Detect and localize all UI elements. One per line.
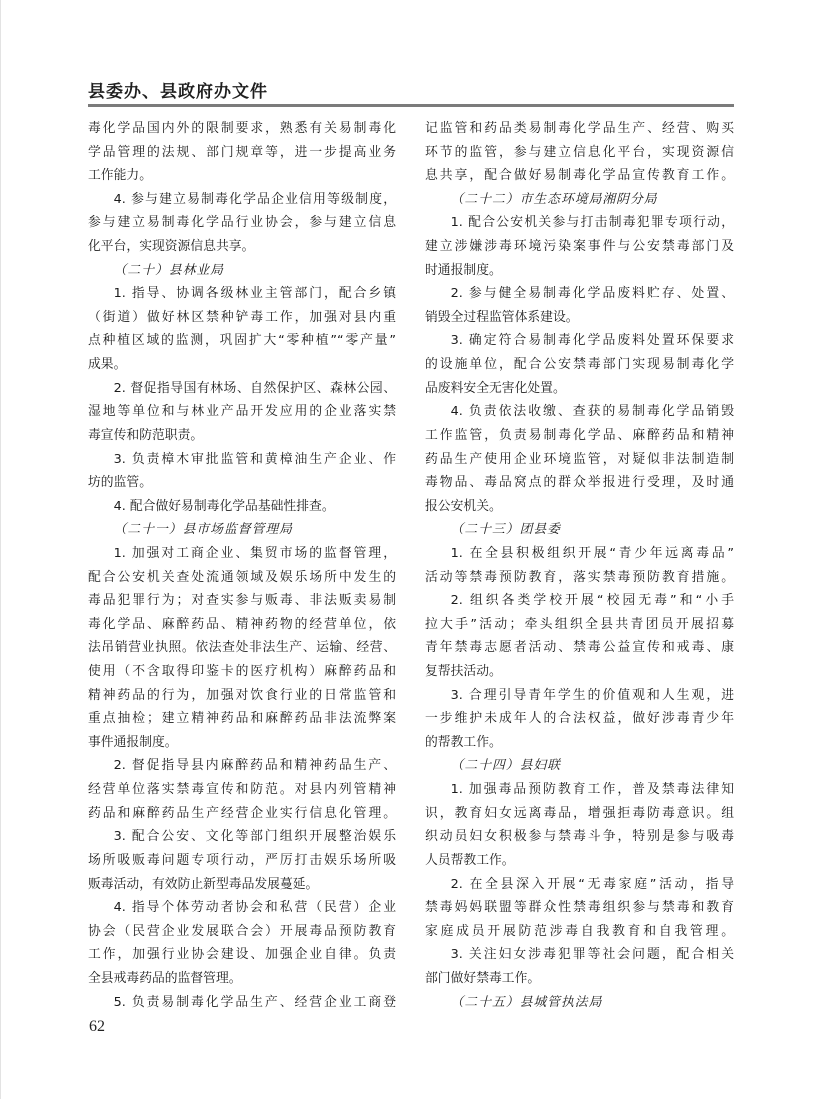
text-line: 2. 在全县深入开展“无毒家庭”活动，指导 bbox=[425, 873, 734, 897]
text-column-right: 记监管和药品类易制毒化学品生产、经营、购买环节的监管，参与建立信息化平台，实现资… bbox=[425, 117, 734, 1014]
text-line: 4. 负责依法收缴、查获的易制毒化学品销毁 bbox=[425, 400, 734, 424]
text-line: 1. 配合公安机关参与打击制毒犯罪专项行动， bbox=[425, 211, 734, 235]
text-line: 药品生产使用企业环境监管，对疑似非法制造制 bbox=[425, 448, 734, 472]
text-line: 报公安机关。 bbox=[425, 495, 734, 519]
text-line: 工作，加强行业协会建设、加强企业自律。负责 bbox=[88, 943, 396, 967]
text-line: 5. 负责易制毒化学品生产、经营企业工商登 bbox=[88, 991, 396, 1015]
text-line: 人员帮教工作。 bbox=[425, 849, 734, 873]
text-line: 贩毒活动，有效防止新型毒品发展蔓延。 bbox=[88, 873, 396, 897]
section-heading-line: （二十三）团县委 bbox=[425, 518, 734, 542]
text-line: 法吊销营业执照。依法查处非法生产、运输、经营、 bbox=[88, 636, 396, 660]
text-line: 3. 关注妇女涉毒犯罪等社会问题，配合相关 bbox=[425, 943, 734, 967]
text-column-left: 毒化学品国内外的限制要求，熟悉有关易制毒化学品管理的法规、部门规章等，进一步提高… bbox=[88, 117, 396, 1014]
text-line: 使用（不含取得印鉴卡的医疗机构）麻醉药品和 bbox=[88, 660, 396, 684]
section-heading-line: （二十四）县妇联 bbox=[425, 754, 734, 778]
text-line: 活动等禁毒预防教育，落实禁毒预防教育措施。 bbox=[425, 566, 734, 590]
text-line: 湿地等单位和与林业产品开发应用的企业落实禁 bbox=[88, 400, 396, 424]
text-line: 事件通报制度。 bbox=[88, 731, 396, 755]
text-line: 的设施单位，配合公安禁毒部门实现易制毒化学 bbox=[425, 353, 734, 377]
text-line: 点种植区域的监测，巩固扩大“零种植”“零产量” bbox=[88, 329, 396, 353]
text-line: 织动员妇女积极参与禁毒斗争，特别是参与吸毒 bbox=[425, 825, 734, 849]
text-line: 拉大手”活动；牵头组织全县共青团员开展招募 bbox=[425, 613, 734, 637]
text-line: 重点抽检；建立精神药品和麻醉药品非法流弊案 bbox=[88, 707, 396, 731]
text-line: 1. 加强对工商企业、集贸市场的监督管理， bbox=[88, 542, 396, 566]
text-line: 3. 负责樟木审批监管和黄樟油生产企业、作 bbox=[88, 448, 396, 472]
text-line: 参与建立易制毒化学品行业协会，参与建立信息 bbox=[88, 211, 396, 235]
text-line: 工作监管，负责易制毒化学品、麻醉药品和精神 bbox=[425, 424, 734, 448]
text-line: 毒品犯罪行为；对查实参与贩毒、非法贩卖易制 bbox=[88, 589, 396, 613]
text-line: 1. 在全县积极组织开展“青少年远离毒品” bbox=[425, 542, 734, 566]
text-line: 记监管和药品类易制毒化学品生产、经营、购买 bbox=[425, 117, 734, 141]
text-line: 4. 指导个体劳动者协会和私营（民营）企业 bbox=[88, 896, 396, 920]
text-line: 息共享，配合做好易制毒化学品宣传教育工作。 bbox=[425, 164, 734, 188]
text-line: 销毁全过程监管体系建设。 bbox=[425, 306, 734, 330]
document-page: 县委办、县政府办文件 毒化学品国内外的限制要求，熟悉有关易制毒化学品管理的法规、… bbox=[0, 0, 816, 1099]
text-line: 精神药品的行为，加强对饮食行业的日常监管和 bbox=[88, 684, 396, 708]
text-line: 青年禁毒志愿者活动、禁毒公益宣传和戒毒、康 bbox=[425, 636, 734, 660]
text-line: 建立涉嫌涉毒环境污染案事件与公安禁毒部门及 bbox=[425, 235, 734, 259]
text-line: 配合公安机关查处流通领域及娱乐场所中发生的 bbox=[88, 566, 396, 590]
section-heading-line: （二十一）县市场监督管理局 bbox=[88, 518, 396, 542]
text-line: 学品管理的法规、部门规章等，进一步提高业务 bbox=[88, 141, 396, 165]
text-line: 1. 加强毒品预防教育工作，普及禁毒法律知 bbox=[425, 778, 734, 802]
text-line: 的帮教工作。 bbox=[425, 731, 734, 755]
text-line: 毒化学品国内外的限制要求，熟悉有关易制毒化 bbox=[88, 117, 396, 141]
section-heading-line: （二十二）市生态环境局湘阴分局 bbox=[425, 188, 734, 212]
text-line: 毒化学品、麻醉药品、精神药物的经营单位，依 bbox=[88, 613, 396, 637]
text-line: 3. 合理引导青年学生的价值观和人生观，进 bbox=[425, 684, 734, 708]
text-line: 复帮扶活动。 bbox=[425, 660, 734, 684]
text-line: 经营单位落实禁毒宣传和防范。对县内列管精神 bbox=[88, 778, 396, 802]
text-line: 毒宣传和防范职责。 bbox=[88, 424, 396, 448]
page-header-title: 县委办、县政府办文件 bbox=[88, 77, 268, 102]
text-line: 坊的监管。 bbox=[88, 471, 396, 495]
text-line: 3. 确定符合易制毒化学品废料处置环保要求 bbox=[425, 329, 734, 353]
text-line: 部门做好禁毒工作。 bbox=[425, 967, 734, 991]
text-line: 成果。 bbox=[88, 353, 396, 377]
text-line: （街道）做好林区禁种铲毒工作，加强对县内重 bbox=[88, 306, 396, 330]
text-line: 3. 配合公安、文化等部门组织开展整治娱乐 bbox=[88, 825, 396, 849]
text-line: 工作能力。 bbox=[88, 164, 396, 188]
text-line: 4. 配合做好易制毒化学品基础性排查。 bbox=[88, 495, 396, 519]
text-line: 2. 督促指导国有林场、自然保护区、森林公园、 bbox=[88, 377, 396, 401]
text-line: 品废料安全无害化处置。 bbox=[425, 377, 734, 401]
text-line: 协会（民营企业发展联合会）开展毒品预防教育 bbox=[88, 920, 396, 944]
text-line: 2. 督促指导县内麻醉药品和精神药品生产、 bbox=[88, 754, 396, 778]
text-line: 2. 参与健全易制毒化学品废料贮存、处置、 bbox=[425, 282, 734, 306]
section-heading-line: （二十五）县城管执法局 bbox=[425, 991, 734, 1015]
text-line: 时通报制度。 bbox=[425, 259, 734, 283]
text-line: 4. 参与建立易制毒化学品企业信用等级制度， bbox=[88, 188, 396, 212]
text-line: 识，教育妇女远离毒品，增强拒毒防毒意识。组 bbox=[425, 802, 734, 826]
text-line: 化平台，实现资源信息共享。 bbox=[88, 235, 396, 259]
section-heading-line: （二十）县林业局 bbox=[88, 259, 396, 283]
text-line: 家庭成员开展防范涉毒自我教育和自我管理。 bbox=[425, 920, 734, 944]
text-line: 一步维护未成年人的合法权益，做好涉毒青少年 bbox=[425, 707, 734, 731]
text-line: 禁毒妈妈联盟等群众性禁毒组织参与禁毒和教育 bbox=[425, 896, 734, 920]
page-number: 62 bbox=[89, 1018, 105, 1036]
header-rule bbox=[88, 104, 734, 107]
text-line: 1. 指导、协调各级林业主管部门，配合乡镇 bbox=[88, 282, 396, 306]
text-line: 全县戒毒药品的监督管理。 bbox=[88, 967, 396, 991]
text-line: 2. 组织各类学校开展“校园无毒”和“小手 bbox=[425, 589, 734, 613]
text-line: 环节的监管，参与建立信息化平台，实现资源信 bbox=[425, 141, 734, 165]
text-line: 药品和麻醉药品生产经营企业实行信息化管理。 bbox=[88, 802, 396, 826]
text-line: 毒物品、毒品窝点的群众举报进行受理，及时通 bbox=[425, 471, 734, 495]
text-line: 场所吸贩毒问题专项行动，严厉打击娱乐场所吸 bbox=[88, 849, 396, 873]
